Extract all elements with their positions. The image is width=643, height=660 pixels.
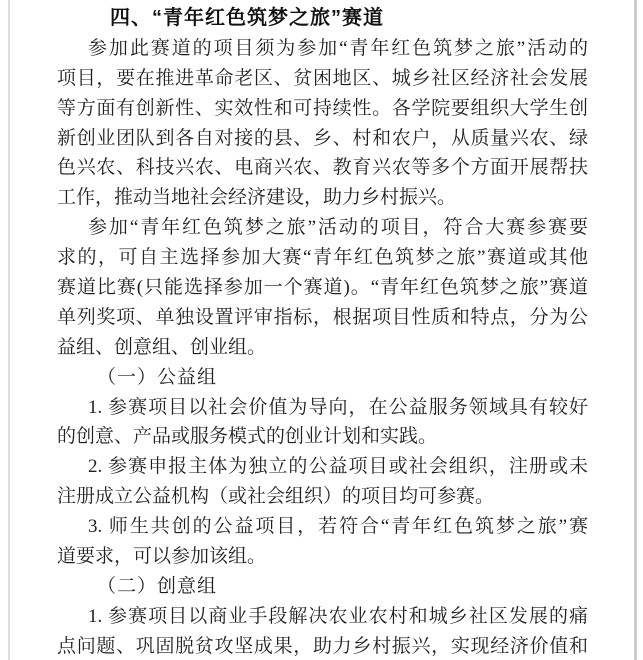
section-heading: （二）创意组 [57,572,588,602]
document-heading: 四、“青年红色筑梦之旅”赛道 [57,4,588,34]
document-line: 新创业团队到各自对接的县、乡、村和农户，从质量兴农、绿 [57,124,588,154]
document-line: 1. 参赛项目以商业手段解决农业农村和城乡社区发展的痛 [57,602,588,632]
document-line: （二）创意组 [57,572,588,602]
document-line: 益组、创意组、创业组。 [57,333,588,363]
document-page: 四、“青年红色筑梦之旅”赛道参加此赛道的项目须为参加“青年红色筑梦之旅”活动的项… [0,0,643,660]
document-line: 求的，可自主选择参加大赛“青年红色筑梦之旅”赛道或其他 [57,243,588,273]
document-line: 单列奖项、单独设置评审指标，根据项目性质和特点，分为公 [57,303,588,333]
document-line: 道要求，可以参加该组。 [57,542,588,572]
document-line: 项目，要在推进革命老区、贫困地区、城乡社区经济社会发展 [57,64,588,94]
document-line: 色兴农、科技兴农、电商兴农、教育兴农等多个方面开展帮扶 [57,153,588,183]
page-left-edge [8,0,10,660]
document-line: 2. 参赛申报主体为独立的公益项目或社会组织，注册或未 [57,452,588,482]
paragraph: 2. 参赛申报主体为独立的公益项目或社会组织，注册或未注册成立公益机构（或社会组… [57,452,588,512]
document-line: 注册成立公益机构（或社会组织）的项目均可参赛。 [57,482,588,512]
paragraph: 参加此赛道的项目须为参加“青年红色筑梦之旅”活动的项目，要在推进革命老区、贫困地… [57,34,588,213]
section-heading: （一）公益组 [57,363,588,393]
document-line: 等方面有创新性、实效性和可持续性。各学院要组织大学生创 [57,94,588,124]
document-line: （一）公益组 [57,363,588,393]
document-line: 赛道比赛(只能选择参加一个赛道)。“青年红色筑梦之旅”赛道 [57,273,588,303]
document-line: 参加“青年红色筑梦之旅”活动的项目，符合大赛参赛要 [57,213,588,243]
document-content: 四、“青年红色筑梦之旅”赛道参加此赛道的项目须为参加“青年红色筑梦之旅”活动的项… [57,4,588,660]
paragraph: 3. 师生共创的公益项目，若符合“青年红色筑梦之旅”赛道要求，可以参加该组。 [57,512,588,572]
paragraph: 参加“青年红色筑梦之旅”活动的项目，符合大赛参赛要求的，可自主选择参加大赛“青年… [57,213,588,362]
paragraph: 1. 参赛项目以商业手段解决农业农村和城乡社区发展的痛点问题、巩固脱贫攻坚成果，… [57,602,588,660]
document-line: 四、“青年红色筑梦之旅”赛道 [57,4,588,34]
document-line: 3. 师生共创的公益项目，若符合“青年红色筑梦之旅”赛 [57,512,588,542]
paragraph: 1. 参赛项目以社会价值为导向，在公益服务领域具有较好的创意、产品或服务模式的创… [57,393,588,453]
document-line: 参加此赛道的项目须为参加“青年红色筑梦之旅”活动的 [57,34,588,64]
document-line: 的创意、产品或服务模式的创业计划和实践。 [57,422,588,452]
page-right-edge [634,0,637,660]
document-line: 工作，推动当地社会经济建设，助力乡村振兴。 [57,183,588,213]
document-line: 1. 参赛项目以社会价值为导向，在公益服务领域具有较好 [57,393,588,423]
document-line: 点问题、巩固脱贫攻坚成果，助力乡村振兴，实现经济价值和 [57,632,588,660]
